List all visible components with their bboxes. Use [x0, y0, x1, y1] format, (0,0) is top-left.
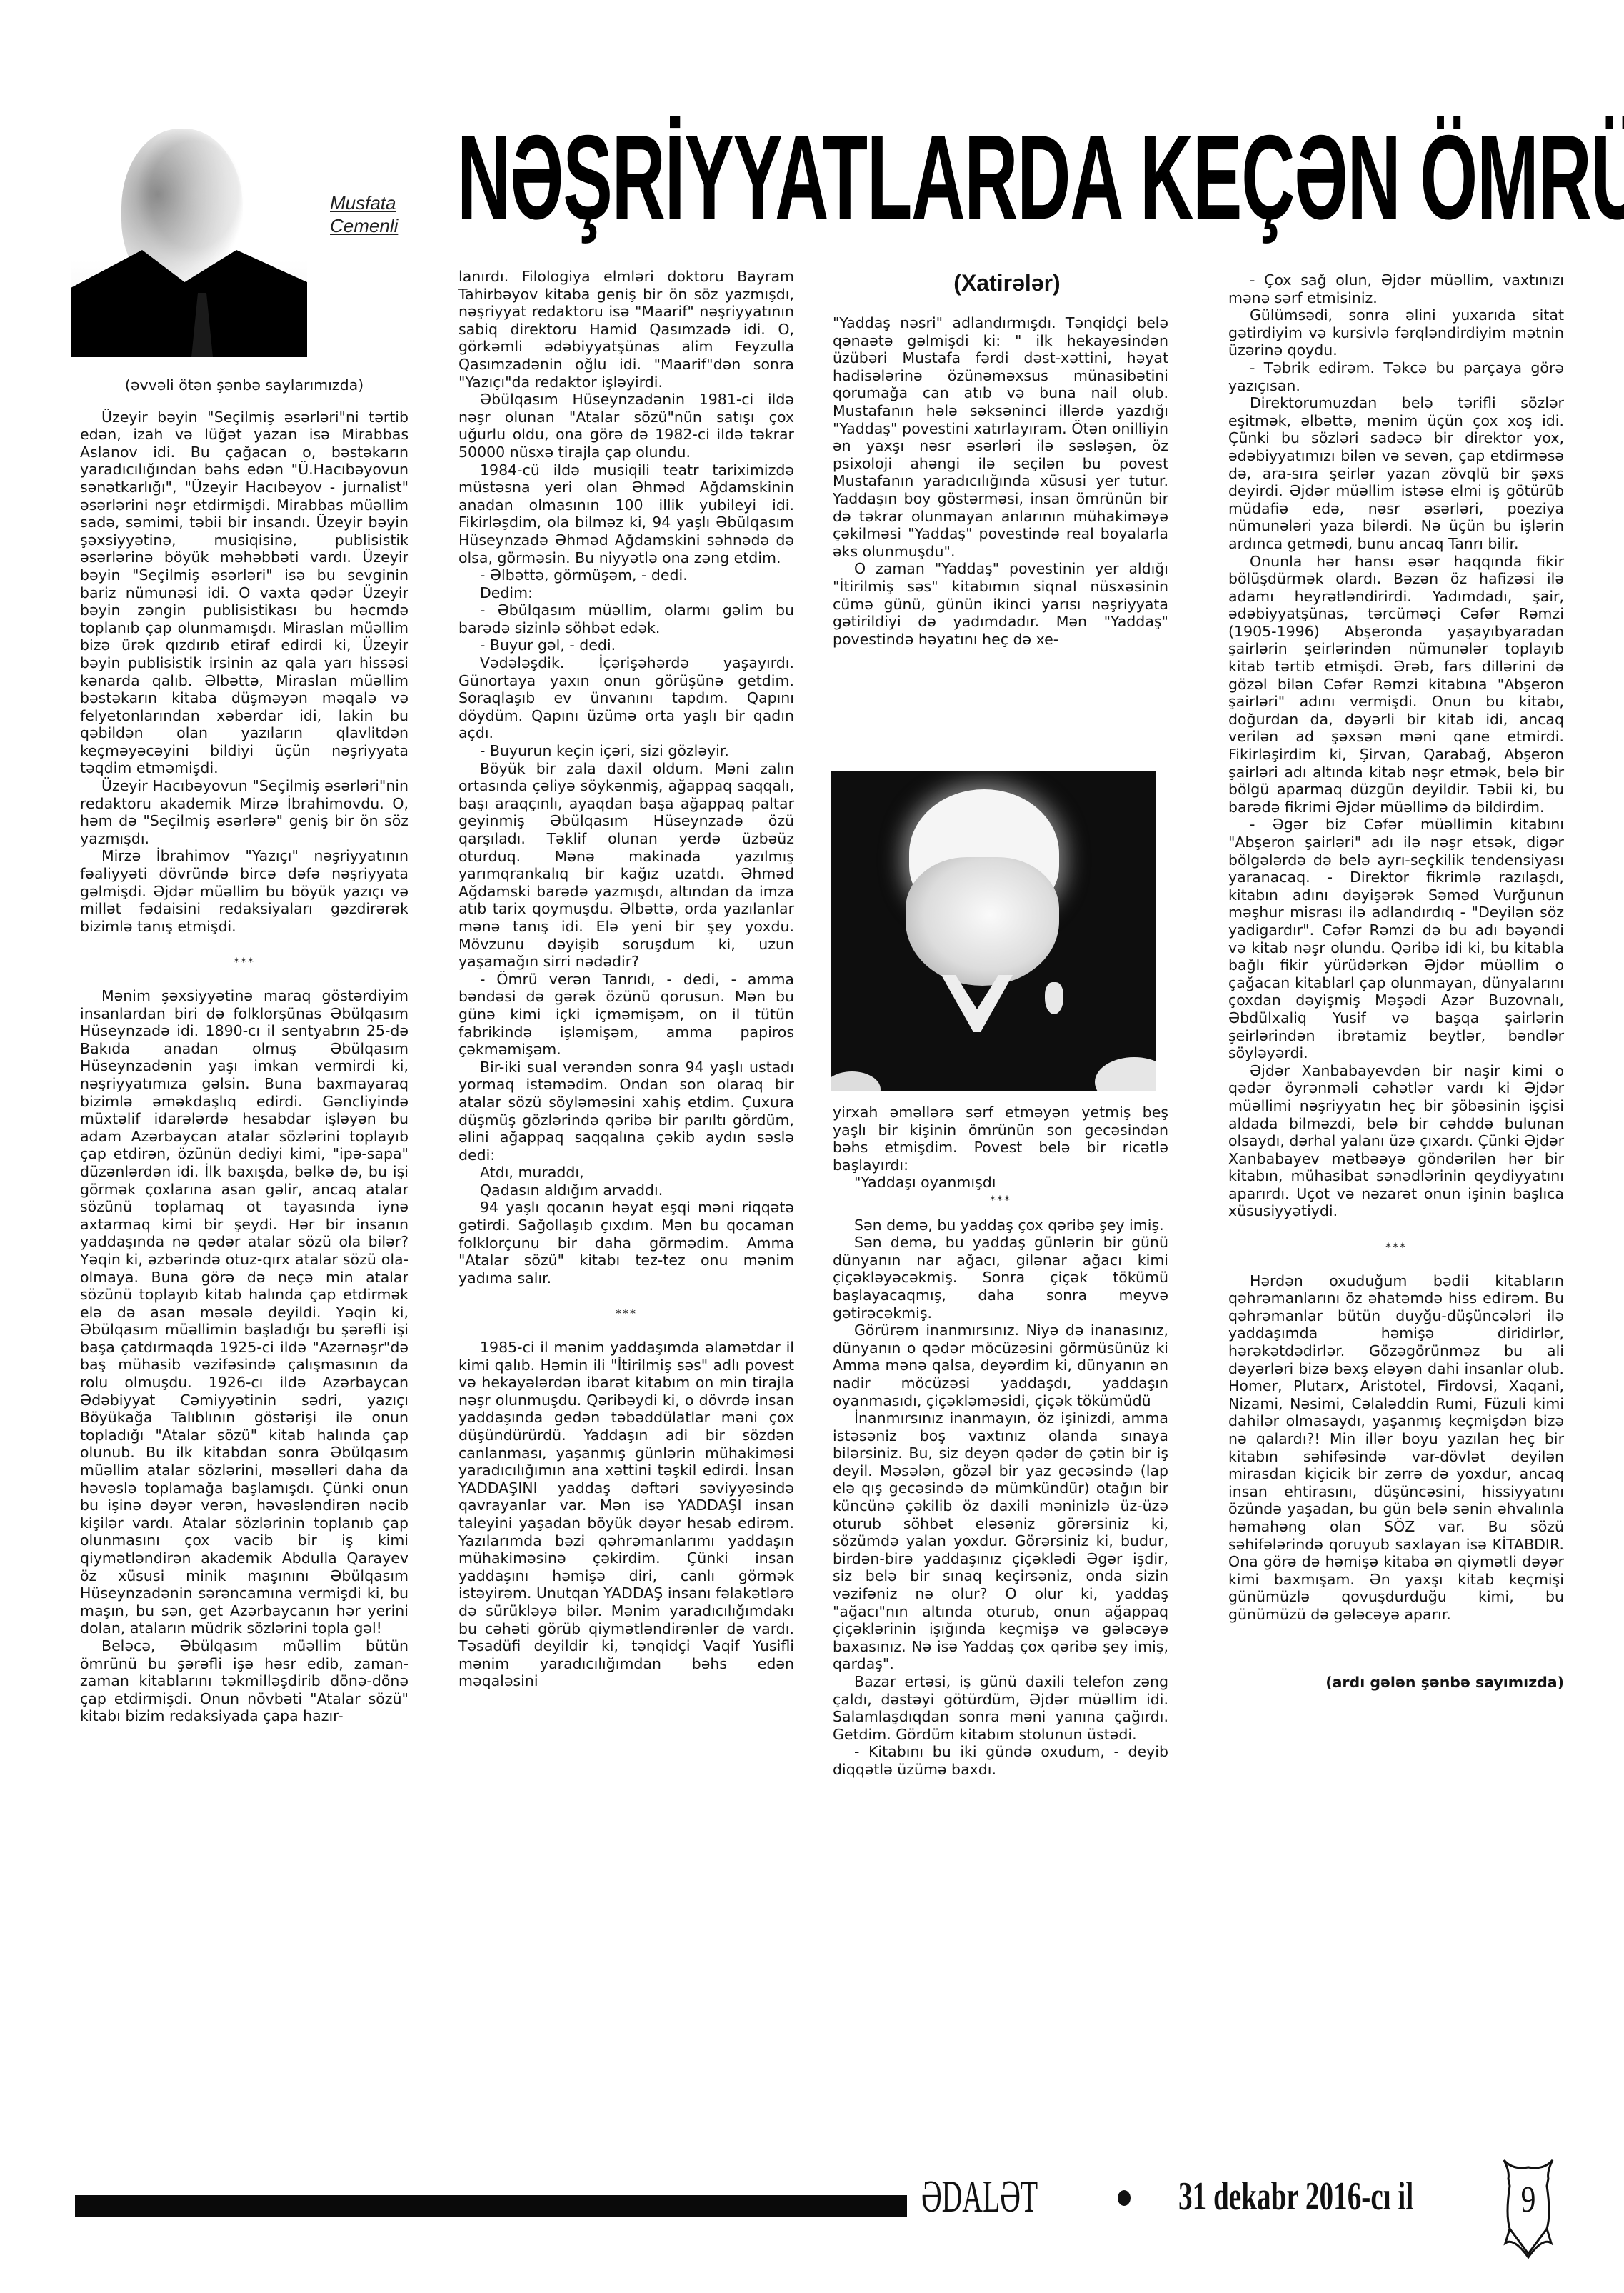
paragraph: Əjdər Xanbabayevdən bir naşir kimi o qəd…: [1228, 1062, 1564, 1220]
paragraph: - Əgər biz Cəfər müəllimin kitabını "Abş…: [1228, 816, 1564, 1061]
continued-from-note: (əvvəli ötən şənbə saylarımızda): [80, 376, 408, 394]
section-separator: ***: [1228, 1239, 1564, 1257]
author-byline: Musfata Cemenli: [330, 191, 416, 237]
dialogue-line: - Çox sağ olun, Əjdər müəllim, vaxtınızı…: [1228, 271, 1564, 306]
page-number: 9: [1515, 2179, 1540, 2222]
paragraph: lanırdı. Filologiya elmləri doktoru Bayr…: [458, 268, 794, 391]
dialogue-line: - Təbrik edirəm. Təkcə bu parçaya görə y…: [1228, 359, 1564, 394]
paragraph: Görürəm inanmırsınız. Niyə də inanasınız…: [833, 1322, 1168, 1409]
paragraph: Bazar ertəsi, iş günü daxili telefon zən…: [833, 1673, 1168, 1743]
paragraph: Mirzə İbrahimov "Yazıçı" nəşriyyatının f…: [80, 847, 408, 935]
dialogue-line: - Buyur gəl, - dedi.: [458, 636, 794, 654]
author-last-name: Cemenli: [330, 214, 416, 237]
dialogue-line: - Buyurun keçin içəri, sizi gözləyir.: [458, 742, 794, 760]
proverb-line: Qadasın aldığım arvaddı.: [458, 1182, 794, 1199]
author-photo: [71, 86, 307, 357]
paragraph: İnanmırsınız inanmayın, öz işinizdi, amm…: [833, 1409, 1168, 1673]
paragraph: Sən demə, bu yaddaş günlərin bir günü dü…: [833, 1234, 1168, 1322]
paragraph: Direktorumuzdan belə tərifli sözlər eşit…: [1228, 394, 1564, 552]
article-headline: NƏŞRİYYATLARDA KEÇƏN ÖMRÜM: [457, 106, 1148, 249]
bullet-separator-icon: [1118, 2190, 1131, 2206]
paragraph: Üzeyir bəyin "Seçilmiş əsərləri"ni tərti…: [80, 409, 408, 777]
newspaper-name: ƏDALƏT: [921, 2172, 1038, 2222]
quote-line: "Yaddaşı oyanmışdı: [833, 1174, 1168, 1192]
paragraph: O zaman "Yaddaş" povestinin yer aldığı "…: [833, 560, 1168, 648]
dialogue-line: - Əbülqasım müəllim, olarmı gəlim bu bar…: [458, 601, 794, 636]
continued-to-note: (ardı gələn şənbə sayımızda): [1228, 1674, 1564, 1692]
paragraph: Vədələşdik. İçərişəhərdə yaşayırdı. Güno…: [458, 654, 794, 742]
paragraph: Bir-iki sual verəndən sonra 94 yaşlı ust…: [458, 1059, 794, 1164]
abulgasim-portrait-photo: [831, 771, 1156, 1091]
author-first-name: Musfata: [330, 191, 416, 214]
section-separator: ***: [833, 1192, 1168, 1209]
dialogue-line: Dedim:: [458, 584, 794, 602]
paragraph: 1985-ci il mənim yaddaşımda əlamətdar il…: [458, 1339, 794, 1690]
portrait-medal: [1045, 982, 1063, 1014]
portrait-hand-left: [831, 1071, 881, 1091]
portrait-face: [906, 857, 1059, 986]
paragraph: 1984-cü ildə musiqili teatr tariximizdə …: [458, 461, 794, 567]
paragraph: Üzeyir Hacıbəyovun "Seçilmiş əsərləri"ni…: [80, 777, 408, 847]
article-subtitle: (Xatirələr): [821, 270, 1193, 296]
paragraph: Hərdən oxuduğum bədii kitabların qəhrəma…: [1228, 1272, 1564, 1624]
dialogue-line: - Ömrü verən Tanrıdı, - dedi, - amma bən…: [458, 971, 794, 1059]
paragraph: 94 yaşlı qocanın həyat eşqi məni riqqətə…: [458, 1199, 794, 1287]
paragraph: yirxah əməllərə sərf etməyən yetmiş beş …: [833, 1104, 1168, 1174]
article-column-3-top: "Yaddaş nəsri" adlandırmışdı. Tənqidçi b…: [833, 314, 1168, 648]
paragraph: Böyük bir zala daxil oldum. Məni zalın o…: [458, 760, 794, 971]
footer-rule-bar: [75, 2195, 907, 2217]
issue-date: 31 dekabr 2016-cı il: [1178, 2172, 1413, 2222]
paragraph: Onunla hər hansı əsər haqqında fikir böl…: [1228, 553, 1564, 816]
paragraph: Beləcə, Əbülqasım müəllim bütün ömrünü b…: [80, 1637, 408, 1725]
section-separator: ***: [80, 954, 408, 971]
portrait-hand-right: [1095, 1057, 1156, 1091]
article-column-3-bottom: yirxah əməllərə sərf etməyən yetmiş beş …: [833, 1104, 1168, 1779]
paragraph: Gülümsədi, sonra əlini yuxarıda sitat gə…: [1228, 306, 1564, 359]
article-column-1: (əvvəli ötən şənbə saylarımızda) Üzeyir …: [80, 376, 408, 1725]
paragraph: Mənim şəxsiyyətinə maraq göstərdiyim ins…: [80, 987, 408, 1637]
paragraph: "Yaddaş nəsri" adlandırmışdı. Tənqidçi b…: [833, 314, 1168, 560]
dialogue-line: - Kitabını bu iki gündə oxudum, - deyib …: [833, 1743, 1168, 1778]
paragraph: Əbülqasım Hüseynzadənin 1981-ci ildə nəş…: [458, 391, 794, 461]
newspaper-page: Musfata Cemenli NƏŞRİYYATLARDA KEÇƏN ÖMR…: [0, 0, 1624, 2293]
article-column-4: - Çox sağ olun, Əjdər müəllim, vaxtınızı…: [1228, 271, 1564, 1691]
section-separator: ***: [458, 1305, 794, 1323]
dialogue-line: - Əlbəttə, görmüşəm, - dedi.: [458, 566, 794, 584]
proverb-line: Atdı, muraddı,: [458, 1164, 794, 1182]
article-column-2: lanırdı. Filologiya elmləri doktoru Bayr…: [458, 268, 794, 1690]
paragraph: Sən demə, bu yaddaş çox qəribə şey imiş.: [833, 1217, 1168, 1234]
